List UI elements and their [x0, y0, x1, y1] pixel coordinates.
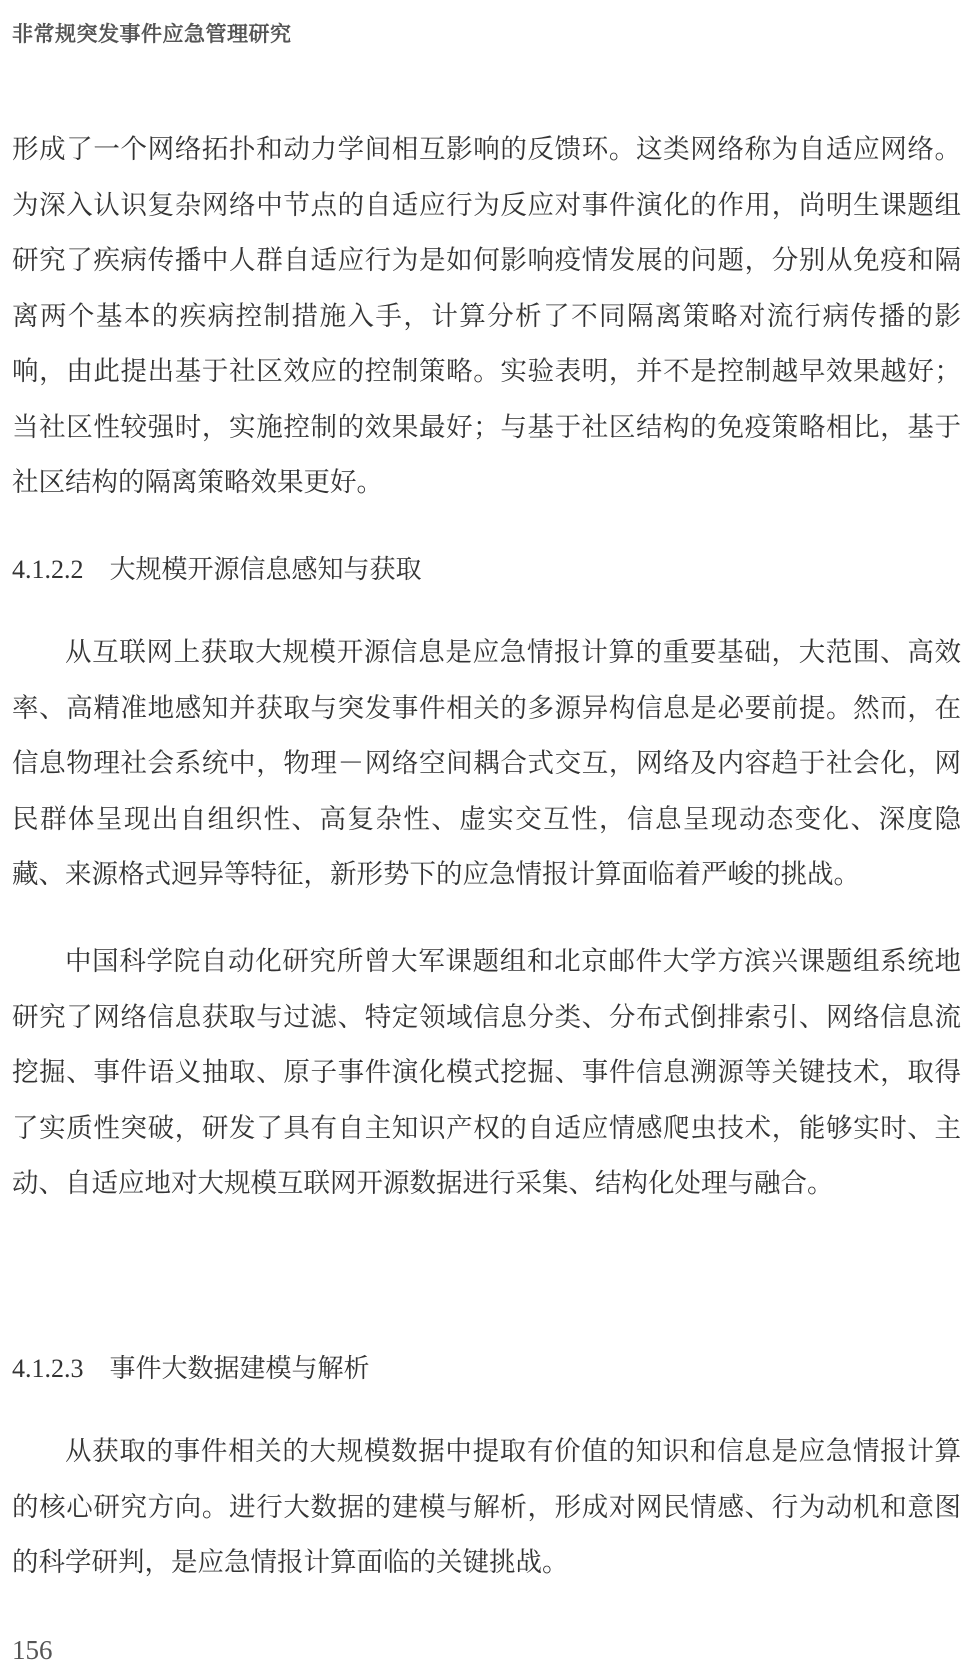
- paragraph: 从获取的事件相关的大规模数据中提取有价值的知识和信息是应急情报计算的核心研究方向…: [12, 1424, 961, 1591]
- paragraph: 中国科学院自动化研究所曾大军课题组和北京邮件大学方滨兴课题组系统地研究了网络信息…: [12, 934, 961, 1212]
- paragraph-continuation: 形成了一个网络拓扑和动力学间相互影响的反馈环。这类网络称为自适应网络。为深入认识…: [12, 122, 961, 511]
- section-heading-4-1-2-3: 4.1.2.3 事件大数据建模与解析: [12, 1349, 370, 1389]
- paragraph: 从互联网上获取大规模开源信息是应急情报计算的重要基础，大范围、高效率、高精准地感…: [12, 625, 961, 903]
- section-title: 事件大数据建模与解析: [110, 1349, 370, 1389]
- section-heading-4-1-2-2: 4.1.2.2 大规模开源信息感知与获取: [12, 550, 422, 590]
- section-title: 大规模开源信息感知与获取: [110, 550, 422, 590]
- section-number: 4.1.2.2: [12, 550, 84, 590]
- page-number: 156: [12, 1635, 53, 1666]
- running-header: 非常规突发事件应急管理研究: [12, 18, 292, 48]
- section-number: 4.1.2.3: [12, 1349, 84, 1389]
